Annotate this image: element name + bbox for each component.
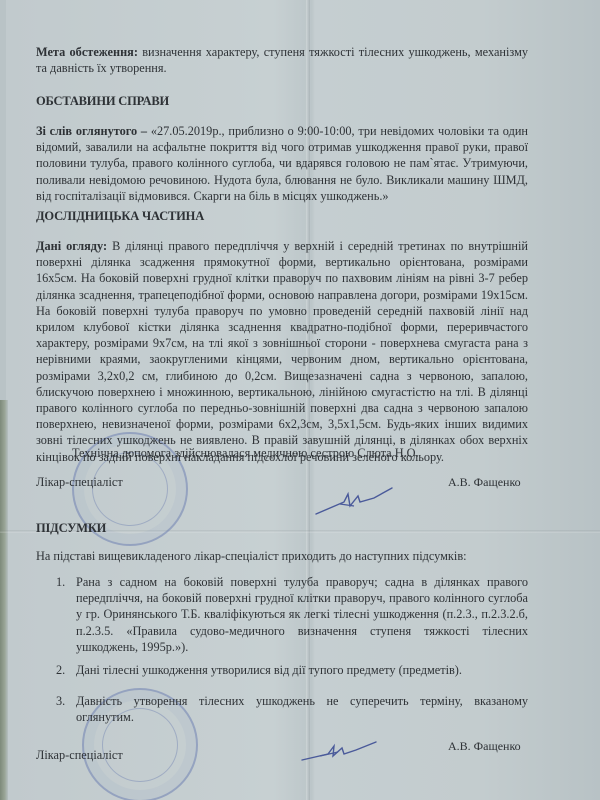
- research-heading: ДОСЛІДНИЦЬКА ЧАСТИНА: [36, 208, 528, 224]
- signature-icon: [300, 736, 380, 766]
- research-text: В ділянці правого передпліччя у верхній …: [36, 239, 528, 464]
- circumstances-heading: ОБСТАВИНИ СПРАВИ: [36, 93, 528, 109]
- conclusion-text: Рана з садном на боковій поверхні тулуба…: [76, 574, 528, 655]
- signer-name: А.В. Фащенко: [448, 474, 521, 490]
- conclusion-text: Давність утворення тілесних ушкоджень не…: [76, 693, 528, 725]
- purpose-section: Мета обстеження: визначення характеру, с…: [36, 44, 528, 76]
- conclusion-number: 1.: [56, 574, 65, 590]
- assistance-note: Технічна допомога здійснювалася медичною…: [72, 445, 512, 461]
- circumstances-section: Зі слів оглянутого – «27.05.2019р., приб…: [36, 123, 528, 204]
- purpose-label: Мета обстеження:: [36, 45, 138, 59]
- signer-role: Лікар-спеціаліст: [36, 747, 236, 763]
- signer-role: Лікар-спеціаліст: [36, 474, 236, 490]
- conclusions-heading: ПІДСУМКИ: [36, 520, 528, 536]
- signature-icon: [314, 480, 394, 520]
- conclusions-intro: На підставі вищевикладеного лікар-спеціа…: [36, 548, 528, 564]
- conclusion-number: 3.: [56, 693, 65, 709]
- conclusion-number: 2.: [56, 662, 65, 678]
- background-surface: [0, 400, 8, 800]
- conclusion-text: Дані тілесні ушкодження утворилися від д…: [76, 662, 528, 678]
- research-section: Дані огляду: В ділянці правого передпліч…: [36, 238, 528, 465]
- circumstances-label: Зі слів оглянутого –: [36, 124, 147, 138]
- research-label: Дані огляду:: [36, 239, 107, 253]
- signer-name: А.В. Фащенко: [448, 738, 521, 754]
